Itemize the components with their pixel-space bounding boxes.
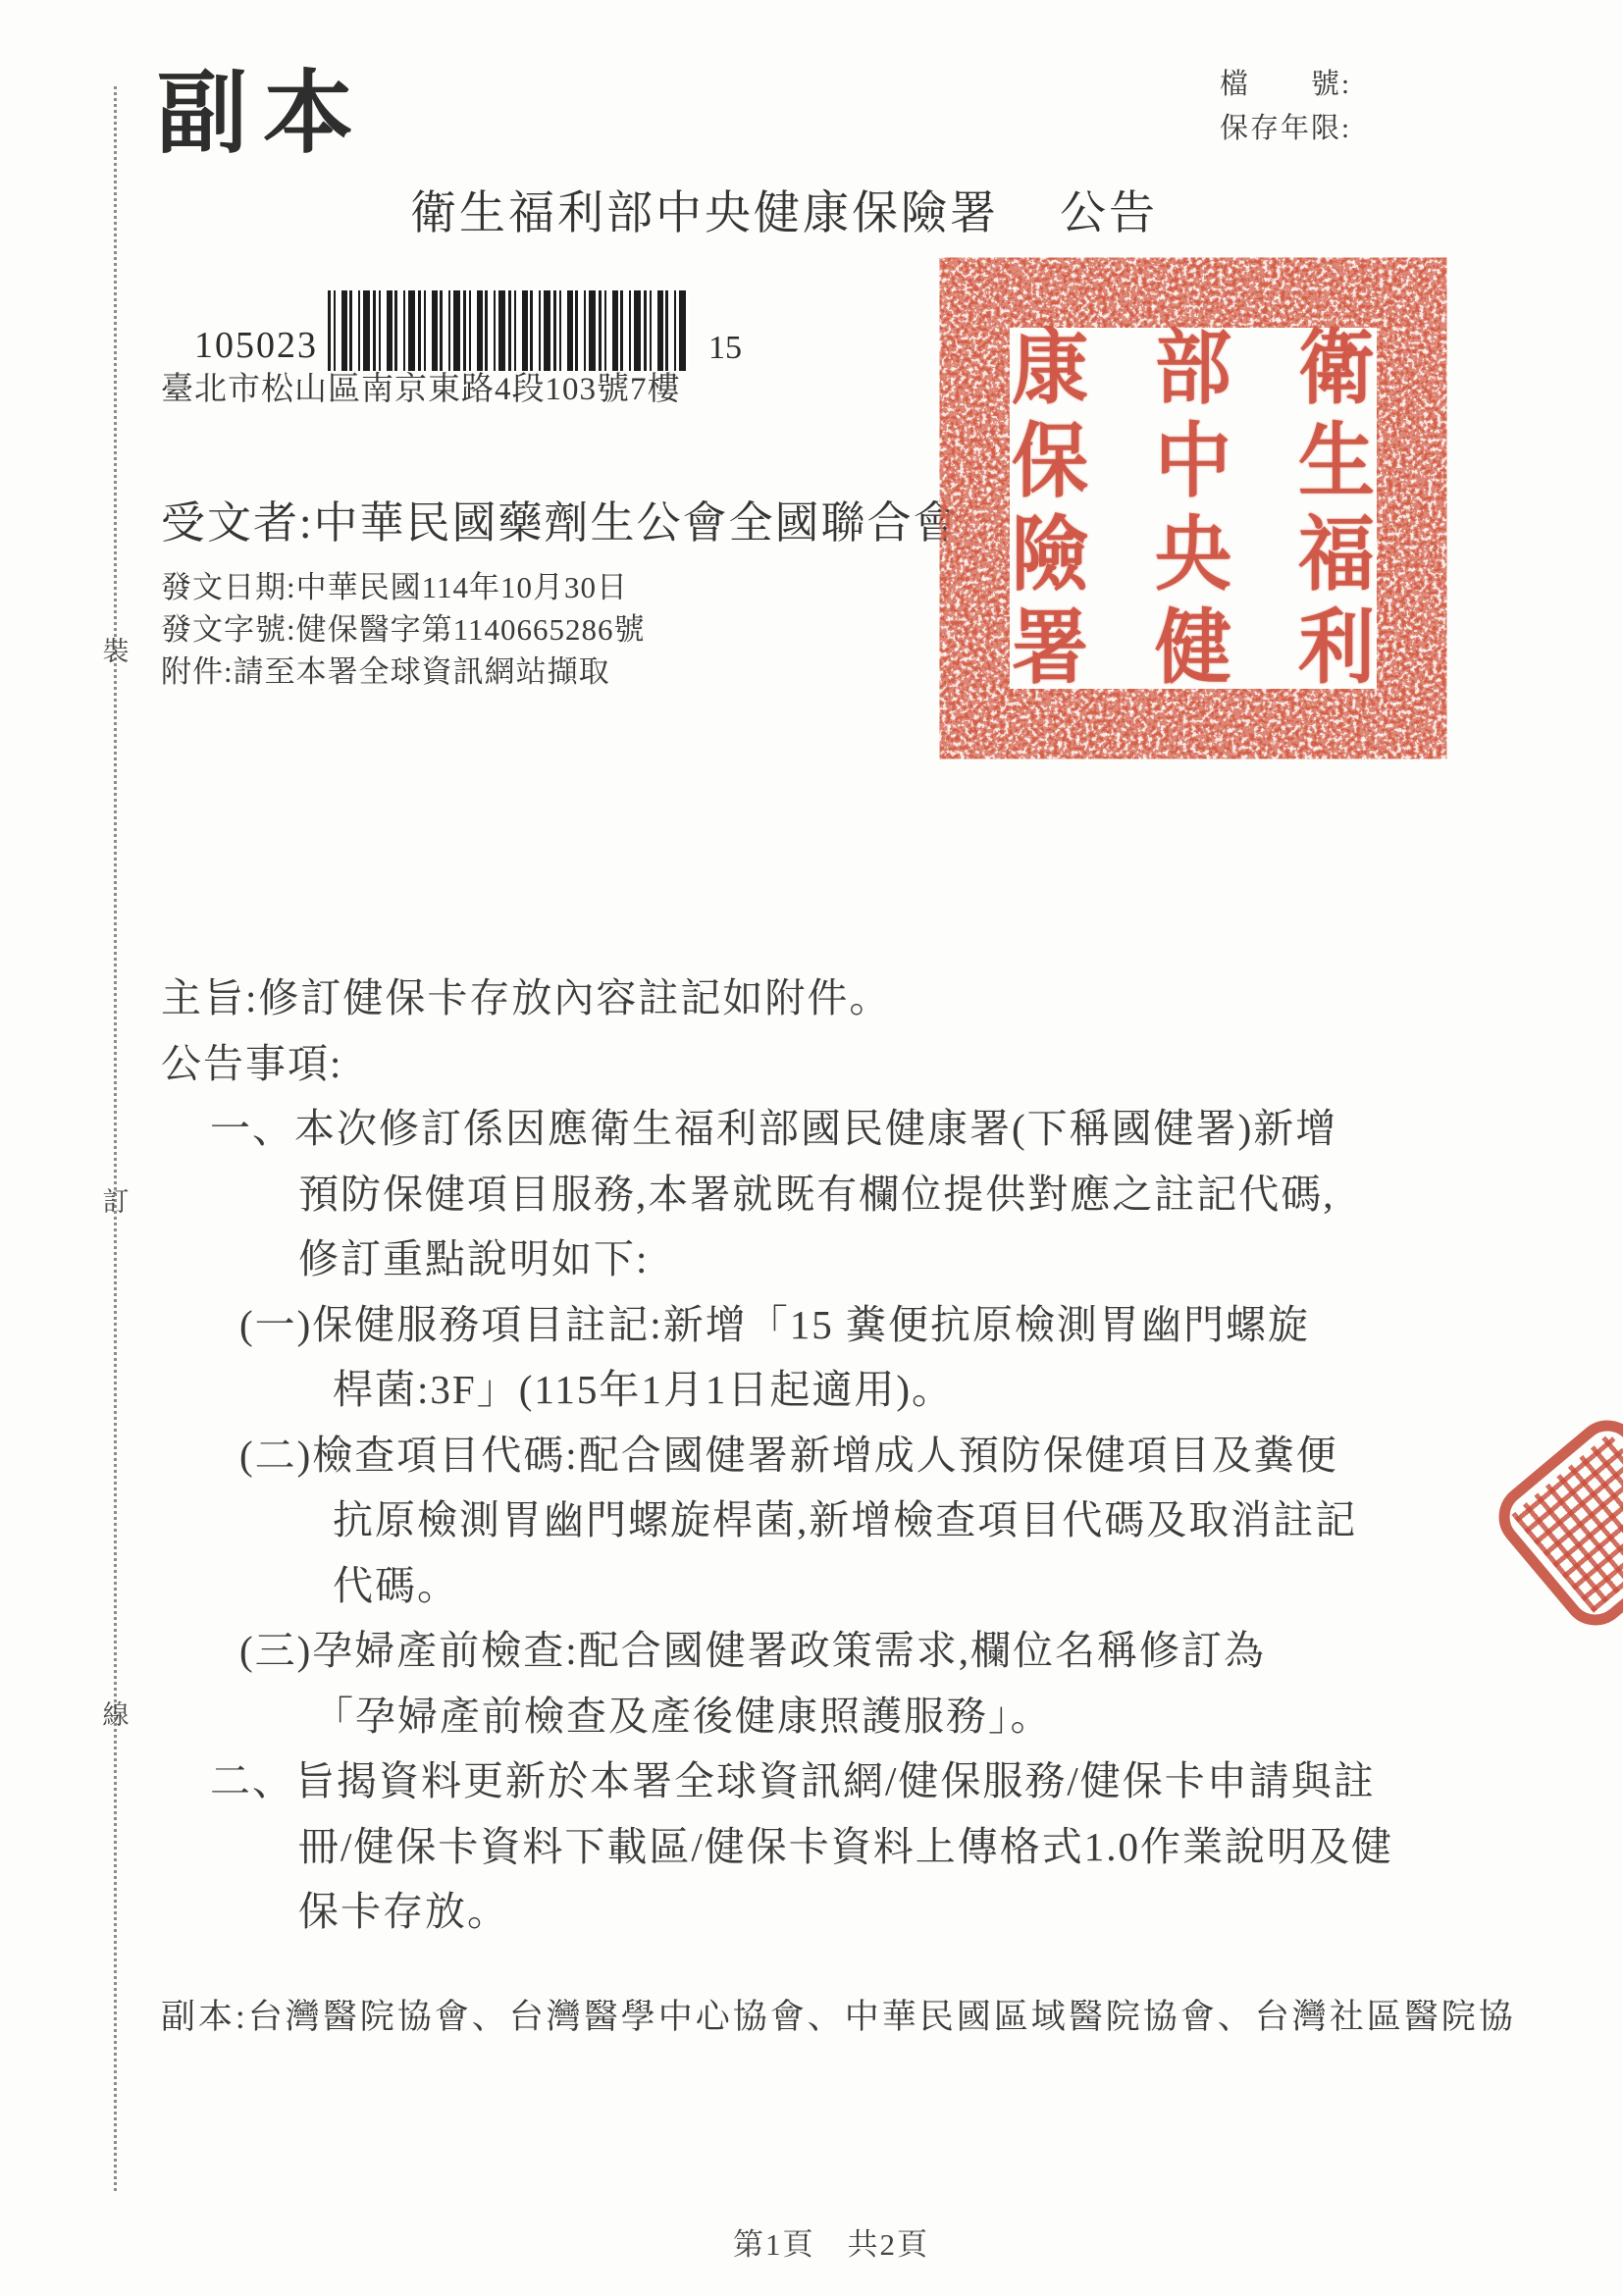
body-line: 二、旨揭資料更新於本署全球資訊網/健保服務/健保卡申請與註 [161, 1748, 1554, 1814]
meta-lines: 發文日期:中華民國114年10月30日發文字號:健保醫字第1140665286號… [161, 566, 645, 693]
body-line: 保卡存放。 [161, 1879, 1554, 1945]
body-line: 冊/健保卡資料下載區/健保卡資料上傳格式1.0作業說明及健 [161, 1814, 1554, 1880]
body-line: (一)保健服務項目註記:新增「15 糞便抗原檢測胃幽門螺旋 [161, 1292, 1554, 1358]
seal-character: 衛 [1298, 321, 1375, 415]
barcode-left-number: 105023 [194, 324, 318, 367]
page-number-footer: 第1頁 共2頁 [0, 2219, 1623, 2264]
seal-character: 保 [1012, 414, 1088, 508]
seal-character: 康 [1012, 321, 1088, 415]
file-number-label: 檔 號: [1220, 63, 1351, 107]
seal-character: 署 [1012, 600, 1088, 695]
seal-text: 衛生福利部中央健康保險署 [1012, 324, 1375, 693]
agency-address: 臺北市松山區南京東路4段103號7樓 [161, 363, 681, 409]
scanned-announcement-page: 裝訂線 副本 檔 號: 保存年限: 衛生福利部中央健康保險署公告 105023 … [0, 0, 1623, 2296]
binding-dotted-line [114, 86, 117, 2191]
retention-period-label: 保存年限: [1220, 107, 1351, 151]
body-line: (三)孕婦產前檢查:配合國健署政策需求,欄位名稱修訂為 [161, 1618, 1554, 1684]
issuing-agency: 衛生福利部中央健康保險署 [410, 188, 999, 239]
document-type: 公告 [1060, 188, 1158, 239]
body-line: 桿菌:3F」(115年1月1日起適用)。 [161, 1357, 1554, 1423]
seal-character: 健 [1155, 600, 1231, 695]
seal-column: 部中央健 [1155, 324, 1231, 693]
barcode-right-number: 15 [708, 330, 742, 367]
body-line: 修訂重點說明如下: [161, 1226, 1554, 1292]
copy-label: 副本 [157, 41, 369, 171]
seal-character: 央 [1155, 507, 1231, 601]
seal-column: 衛生福利 [1298, 324, 1375, 693]
body-line: 公告事項: [161, 1031, 1554, 1097]
body-line: 一、本次修訂係因應衛生福利部國民健康署(下稱國健署)新增 [161, 1096, 1554, 1162]
seal-column: 康保險署 [1012, 324, 1088, 693]
document-title: 衛生福利部中央健康保險署公告 [410, 177, 1158, 242]
body-line: 「孕婦產前檢查及產後健康照護服務」。 [161, 1684, 1554, 1749]
body-line: 主旨:修訂健保卡存放內容註記如附件。 [161, 965, 1554, 1031]
announcement-body: 主旨:修訂健保卡存放內容註記如附件。公告事項:一、本次修訂係因應衛生福利部國民健… [161, 965, 1554, 1945]
cc-recipients-line: 副本:台灣醫院協會、台灣醫學中心協會、中華民國區域醫院協會、台灣社區醫院協 [161, 1990, 1516, 2039]
seal-character: 部 [1155, 321, 1231, 415]
body-line: 代碼。 [161, 1553, 1554, 1619]
seal-character: 生 [1298, 414, 1375, 508]
body-line: 抗原檢測胃幽門螺旋桿菌,新增檢查項目代碼及取消註記 [161, 1487, 1554, 1553]
recipient-line: 受文者:中華民國藥劑生公會全國聯合會 [161, 487, 960, 550]
official-seal: 衛生福利部中央健康保險署 [916, 234, 1471, 783]
meta-line: 發文日期:中華民國114年10月30日 [161, 566, 645, 608]
seal-character: 利 [1298, 600, 1375, 695]
meta-line: 附件:請至本署全球資訊網站擷取 [161, 651, 645, 693]
seal-character: 福 [1298, 507, 1375, 601]
body-line: (二)檢查項目代碼:配合國健署新增成人預防保健項目及糞便 [161, 1423, 1554, 1488]
meta-line: 發文字號:健保醫字第1140665286號 [161, 608, 645, 651]
body-line: 預防保健項目服務,本署就既有欄位提供對應之註記代碼, [161, 1162, 1554, 1227]
seal-character: 中 [1155, 414, 1231, 508]
barcode [328, 290, 689, 371]
seal-character: 險 [1012, 507, 1088, 601]
file-header: 檔 號: 保存年限: [1220, 63, 1351, 151]
